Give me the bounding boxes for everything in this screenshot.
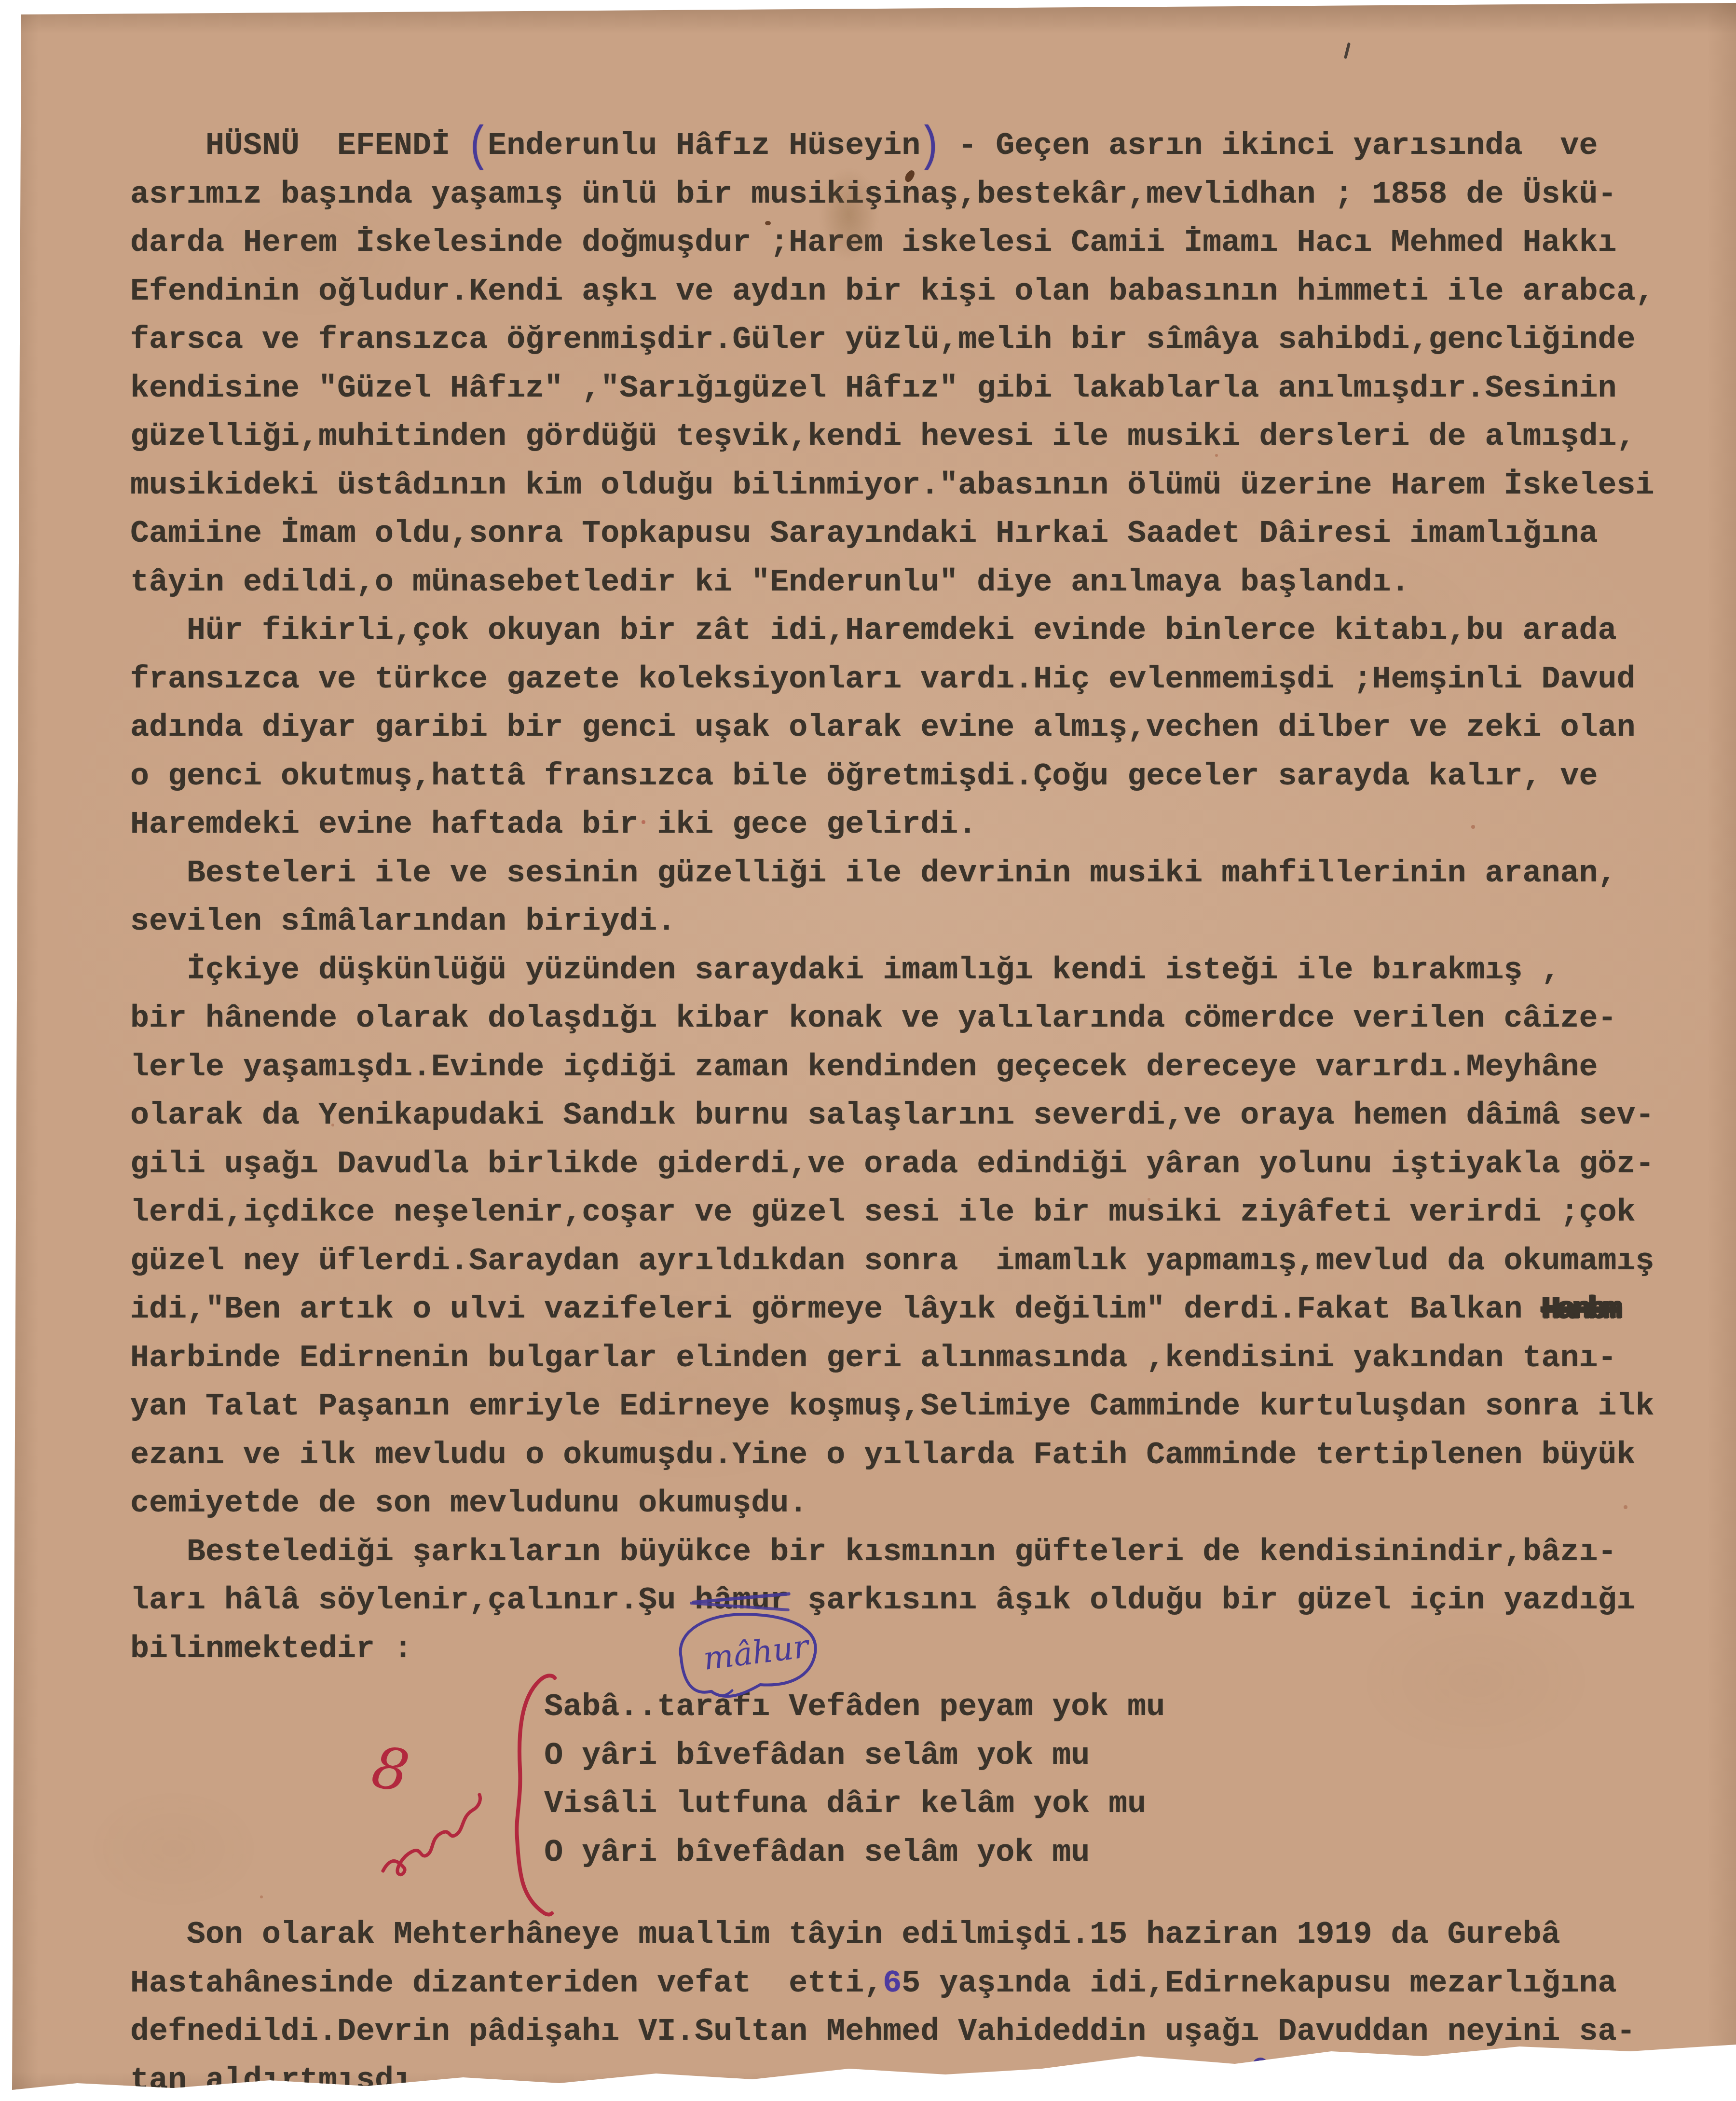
text-run: kendisine "Güzel Hâfız" ,"Sarığıgüzel Hâ… — [130, 371, 1617, 406]
text-run: olarak da Yenikapudaki Sandık burnu sala… — [130, 1098, 1654, 1133]
text-line: Efendinin oğludur.Kendi aşkı ve aydın bi… — [130, 267, 1703, 316]
text-run: farsca ve fransızca öğrenmişdir.Güler yü… — [130, 322, 1636, 357]
text-line: Visâli lutfuna dâir kelâm yok mu — [130, 1780, 1703, 1828]
text-run: Bestelediği şarkıların büyükce bir kısmı… — [187, 1534, 1616, 1570]
paper-sheet: HÜSNÜ EFENDİ (Enderunlu Hâfız Hüseyin) -… — [0, 0, 1736, 2101]
text-run: Son olarak Mehterhâneye muallim tâyin ed… — [187, 1917, 1560, 1952]
ink-mark-stroke — [1249, 2059, 1267, 2087]
text-run: HÜSNÜ EFENDİ — [205, 128, 469, 164]
text-line: darda Herem İskelesinde doğmuşdur ;Harem… — [130, 219, 1703, 267]
text-run: Hür fikirli,çok okuyan bir zât idi,Harem… — [187, 613, 1616, 648]
text-run: Enderunlu Hâfız Hüseyin — [488, 128, 920, 164]
text-run: asrımız başında yaşamış ünlü bir musikiş… — [130, 177, 1617, 212]
text-run: İçkiye düşkünlüğü yüzünden saraydaki ima… — [187, 952, 1560, 988]
text-run: adında diyar garibi bir genci uşak olara… — [130, 710, 1636, 745]
text-line: HÜSNÜ EFENDİ (Enderunlu Hâfız Hüseyin) -… — [130, 122, 1703, 170]
text-line: İçkiye düşkünlüğü yüzünden saraydaki ima… — [130, 946, 1703, 995]
text-run: Haremdeki evine haftada bir iki gece gel… — [130, 807, 977, 842]
text-line: lerle yaşamışdı.Evinde içdiği zaman kend… — [130, 1043, 1703, 1092]
text-run: bir hânende olarak dolaşdığı kibar konak… — [130, 1001, 1617, 1036]
text-run: sevilen sîmâlarından biriydi. — [130, 904, 676, 939]
text-run: cemiyetde de son mevludunu okumuşdu. — [130, 1485, 807, 1521]
text-line: yan Talat Paşanın emriyle Edirneye koşmu… — [130, 1382, 1703, 1431]
ink-mark-stroke — [1123, 2068, 1137, 2089]
text-run: gili uşağı Davudla birlikde giderdi,ve o… — [130, 1146, 1654, 1182]
text-run: defnedildi.Devrin pâdişahı VI.Sultan Meh… — [130, 2014, 1636, 2049]
text-line: Son olarak Mehterhâneye muallim tâyin ed… — [130, 1910, 1703, 1959]
struck-black: Hanbm — [1541, 1291, 1618, 1327]
text-line: Bestelediği şarkıların büyükce bir kısmı… — [130, 1528, 1703, 1577]
text-line: O yâri bîvefâdan selâm yok mu — [130, 1828, 1703, 1877]
text-line: defnedildi.Devrin pâdişahı VI.Sultan Meh… — [130, 2007, 1703, 2056]
typewritten-text: HÜSNÜ EFENDİ (Enderunlu Hâfız Hüseyin) -… — [130, 122, 1703, 2101]
text-run: O yâri bîvefâdan selâm yok mu — [544, 1835, 1090, 1870]
text-run: tâyin edildi,o münasebetledir ki "Enderu… — [130, 564, 1409, 600]
text-run: bilinmektedir : — [130, 1631, 412, 1667]
text-line: O yâri bîvefâdan selâm yok mu — [130, 1731, 1703, 1780]
text-run: güzelliği,muhitinden gördüğü teşvik,kend… — [130, 419, 1636, 454]
text-line: Haremdeki evine haftada bir iki gece gel… — [130, 800, 1703, 849]
text-line: Hür fikirli,çok okuyan bir zât idi,Harem… — [130, 606, 1703, 655]
text-run: fransızca ve türkce gazete koleksiyonlar… — [130, 661, 1636, 697]
text-line: ları hâlâ söylenir,çalınır.Şu hâmur şark… — [130, 1576, 1703, 1625]
text-line: Besteleri ile ve sesinin güzelliği ile d… — [130, 849, 1703, 898]
text-line: Harbinde Edirnenin bulgarlar elinden ger… — [130, 1334, 1703, 1383]
text-run: o genci okutmuş,hattâ fransızca bile öğr… — [130, 758, 1598, 794]
text-run: O yâri bîvefâdan selâm yok mu — [544, 1738, 1090, 1773]
text-line: adında diyar garibi bir genci uşak olara… — [130, 703, 1703, 752]
hand-paren: ) — [918, 110, 942, 185]
text-line: musikideki üstâdının kim olduğu bilinmiy… — [130, 461, 1703, 510]
text-line: farsca ve fransızca öğrenmişdir.Güler yü… — [130, 316, 1703, 364]
text-line: asrımız başında yaşamış ünlü bir musikiş… — [130, 170, 1703, 219]
text-line: bilinmektedir : — [130, 1625, 1703, 1674]
text-run: Hastahânesinde dizanteriden vefat etti, — [130, 1965, 883, 2001]
text-run: Sabâ..tarafı Vefâden peyam yok mu — [544, 1689, 1165, 1725]
text-run: lerdi,içdikce neşelenir,coşar ve güzel s… — [130, 1195, 1636, 1230]
text-run: lerle yaşamışdı.Evinde içdiği zaman kend… — [130, 1049, 1598, 1085]
text-run: Camiine İmam oldu,sonra Topkapusu Sarayı… — [130, 516, 1598, 551]
text-run: musikideki üstâdının kim olduğu bilinmiy… — [130, 467, 1654, 503]
text-line: tâyin edildi,o münasebetledir ki "Enderu… — [130, 558, 1703, 607]
hand-paren: ( — [466, 110, 490, 185]
text-run: Harbinde Edirnenin bulgarlar elinden ger… — [130, 1340, 1617, 1376]
text-line: sevilen sîmâlarından biriydi. — [130, 897, 1703, 946]
scan-background: { "page": { "kind": "scanned typewritten… — [0, 0, 1736, 2101]
text-run: - Geçen asrın ikinci yarısında ve — [939, 128, 1598, 164]
struck-purple: hâmur — [695, 1576, 789, 1625]
text-line: güzelliği,muhitinden gördüğü teşvik,kend… — [130, 412, 1703, 461]
text-line: o genci okutmuş,hattâ fransızca bile öğr… — [130, 752, 1703, 801]
text-line: Hastahânesinde dizanteriden vefat etti,6… — [130, 1959, 1703, 2008]
text-run: yan Talat Paşanın emriyle Edirneye koşmu… — [130, 1388, 1654, 1424]
text-run: ezanı ve ilk mevludu o okumuşdu.Yine o y… — [130, 1437, 1636, 1473]
text-line: Sabâ..tarafı Vefâden peyam yok mu — [130, 1683, 1703, 1731]
text-run: Efendinin oğludur.Kendi aşkı ve aydın bi… — [130, 274, 1654, 309]
text-line: olarak da Yenikapudaki Sandık burnu sala… — [130, 1091, 1703, 1140]
text-line: fransızca ve türkce gazete koleksiyonlar… — [130, 655, 1703, 704]
text-line: lerdi,içdikce neşelenir,coşar ve güzel s… — [130, 1188, 1703, 1237]
text-line: Camiine İmam oldu,sonra Topkapusu Sarayı… — [130, 509, 1703, 558]
text-run: 5 yaşında idi,Edirnekapusu mezarlığına — [902, 1965, 1616, 2001]
text-line: ezanı ve ilk mevludu o okumuşdu.Yine o y… — [130, 1431, 1703, 1480]
text-run: idi,"Ben artık o ulvi vazifeleri görmeye… — [130, 1291, 1541, 1327]
text-run: şarkısını âşık olduğu bir güzel için yaz… — [789, 1582, 1635, 1618]
text-line: idi,"Ben artık o ulvi vazifeleri görmeye… — [130, 1285, 1703, 1334]
text-line: gili uşağı Davudla birlikde giderdi,ve o… — [130, 1140, 1703, 1189]
text-line: tan aldırtmışdı. — [130, 2056, 1703, 2101]
text-line: bir hânende olarak dolaşdığı kibar konak… — [130, 994, 1703, 1043]
text-run: güzel ney üflerdi.Saraydan ayrıldıkdan s… — [130, 1243, 1654, 1279]
text-run: Besteleri ile ve sesinin güzelliği ile d… — [187, 855, 1616, 891]
purple-digit: 6 — [883, 1965, 902, 2001]
text-run: Visâli lutfuna dâir kelâm yok mu — [544, 1786, 1146, 1822]
text-line: kendisine "Güzel Hâfız" ,"Sarığıgüzel Hâ… — [130, 364, 1703, 413]
text-line: güzel ney üflerdi.Saraydan ayrıldıkdan s… — [130, 1237, 1703, 1286]
text-run: darda Herem İskelesinde doğmuşdur ;Harem… — [130, 225, 1617, 261]
text-run: tan aldırtmışdı. — [130, 2062, 431, 2098]
text-line: cemiyetde de son mevludunu okumuşdu. — [130, 1479, 1703, 1528]
text-run: ları hâlâ söylenir,çalınır.Şu — [130, 1582, 695, 1618]
stray-pen-tick — [1344, 42, 1351, 59]
paper-fibers — [0, 0, 2, 2]
